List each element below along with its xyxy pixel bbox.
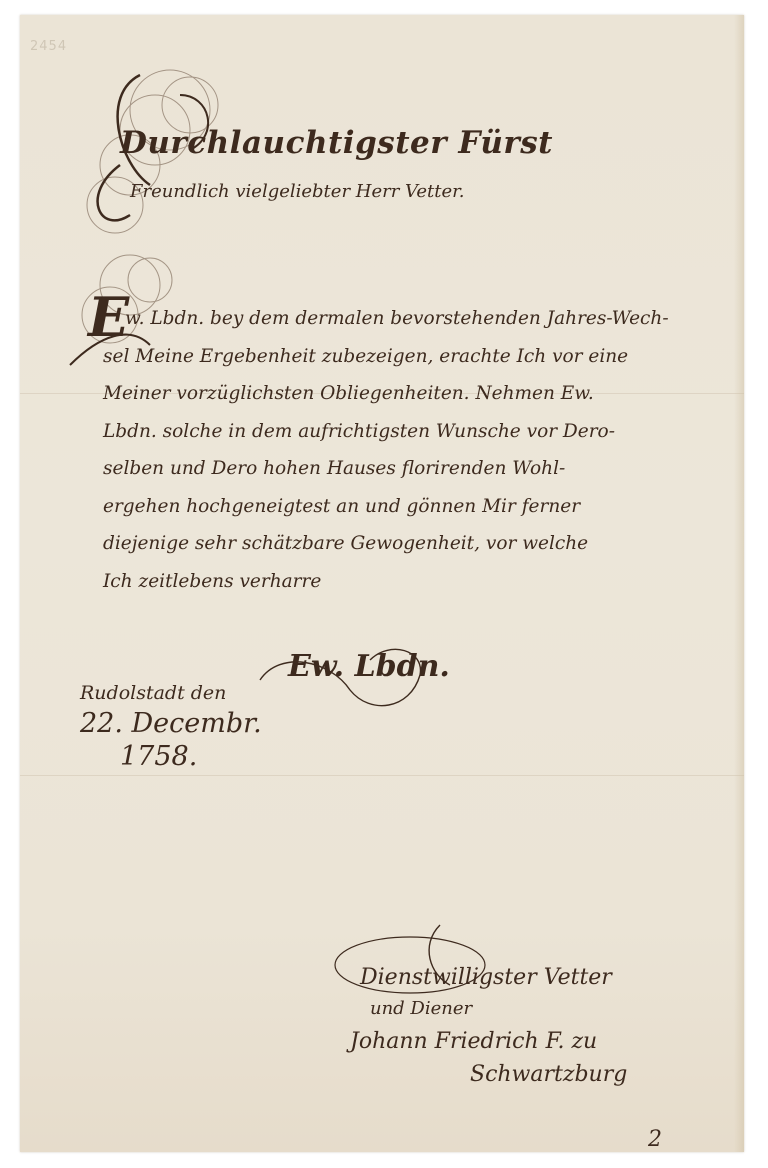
salutation-title: Durchlauchtigster Fürst (120, 125, 553, 161)
closing-line: Dienstwilligster Vetter (360, 965, 627, 990)
dateline-year: 1758. (120, 741, 262, 772)
fold-line (20, 775, 744, 776)
page-number: 2 (648, 1127, 662, 1152)
dateline-place: Rudolstadt den (80, 682, 262, 704)
dateline: Rudolstadt den 22. Decembr. 1758. (80, 682, 262, 772)
signatory-name: Johann Friedrich F. zu (350, 1029, 627, 1054)
body-line: Lbdn. solche in dem aufrichtigsten Wunsc… (103, 413, 743, 451)
body-line: sel Meine Ergebenheit zubezeigen, eracht… (103, 338, 743, 376)
letter-body: w. Lbdn. bey dem dermalen bevorstehenden… (103, 300, 743, 600)
body-line: ergehen hochgeneigtest an und gönnen Mir… (103, 488, 743, 526)
archive-mark: 2454 (30, 39, 67, 54)
body-line: Ich zeitlebens verharre (103, 563, 743, 601)
address-abbreviation: Ew. Lbdn. (288, 649, 450, 684)
closing-line: und Diener (370, 998, 627, 1019)
signatory-title: Schwartzburg (470, 1062, 627, 1087)
salutation-address: Freundlich vielgeliebter Herr Vetter. (130, 181, 465, 202)
body-line: Meiner vorzüglichsten Obliegenheiten. Ne… (103, 375, 743, 413)
letter-page: 2454 Durchlauchtigster Fürst Freundlich … (20, 15, 744, 1152)
closing-signature: Dienstwilligster Vetter und Diener Johan… (350, 965, 627, 1087)
body-line: w. Lbdn. bey dem dermalen bevorstehenden… (103, 300, 743, 338)
body-line: diejenige sehr schätzbare Gewogenheit, v… (103, 525, 743, 563)
dateline-day-month: 22. Decembr. (80, 708, 262, 739)
body-line: selben und Dero hohen Hauses florirenden… (103, 450, 743, 488)
